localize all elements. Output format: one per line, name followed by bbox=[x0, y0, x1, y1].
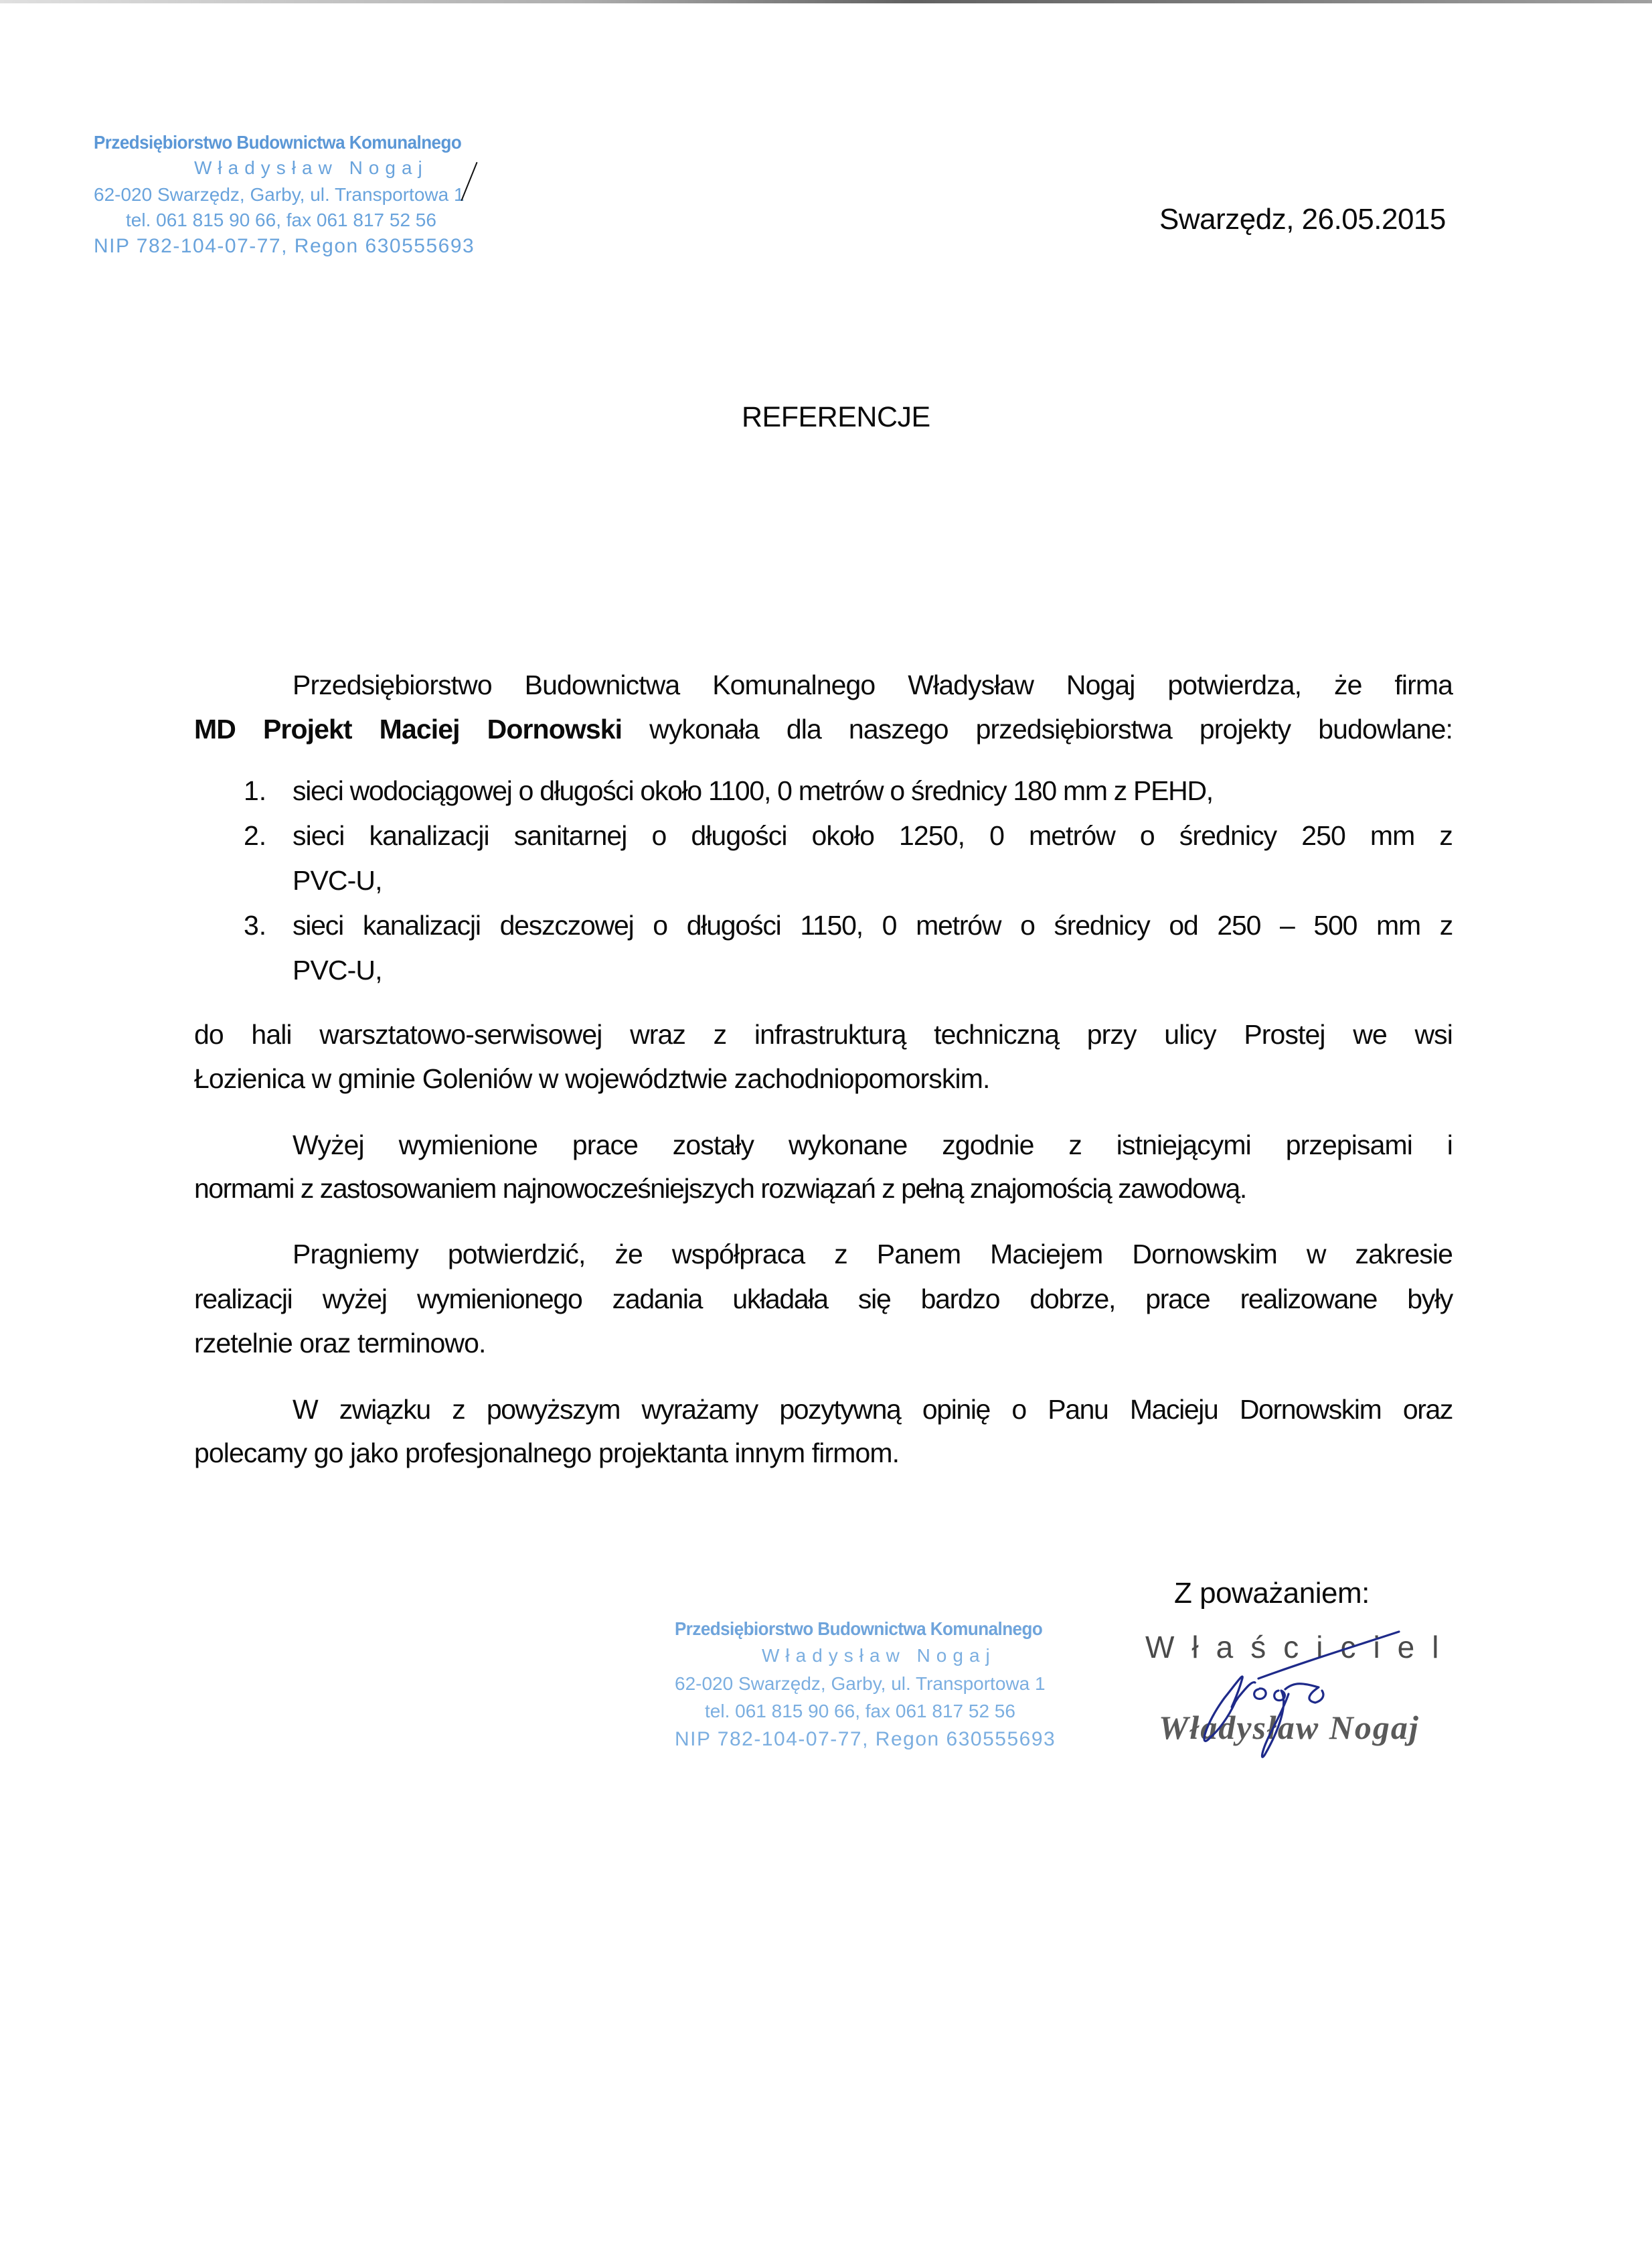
stamp-company-name: Przedsiębiorstwo Budownictwa Komunalnego bbox=[94, 133, 461, 152]
cooperation-line-3: rzetelnie oraz terminowo. bbox=[194, 1330, 486, 1357]
list-item-text-cont: PVC-U, bbox=[293, 867, 382, 895]
header-company-stamp: Przedsiębiorstwo Budownictwa Komunalnego… bbox=[94, 131, 497, 258]
compliance-line-2: normami z zastosowaniem najnowocześniejs… bbox=[194, 1175, 1246, 1202]
handwritten-signature bbox=[1178, 1617, 1446, 1778]
stamp-address: 62-020 Swarzędz, Garby, ul. Transportowa… bbox=[675, 1675, 1046, 1693]
stamp-phone-fax: tel. 061 815 90 66, fax 061 817 52 56 bbox=[705, 1702, 1015, 1721]
recommendation-line-1: W związku z powyższym wyrażamy pozytywną… bbox=[293, 1396, 1453, 1423]
footer-company-stamp: Przedsiębiorstwo Budownictwa Komunalnego… bbox=[675, 1617, 1078, 1751]
list-number: 2. bbox=[244, 822, 266, 850]
intro-line-2-rest: wykonała dla naszego przedsiębiorstwa pr… bbox=[622, 714, 1453, 745]
list-number: 3. bbox=[244, 912, 266, 939]
stamp-phone-fax: tel. 061 815 90 66, fax 061 817 52 56 bbox=[126, 211, 436, 230]
list-item-text: sieci kanalizacji sanitarnej o długości … bbox=[293, 822, 1453, 850]
closing-greeting: Z poważaniem: bbox=[1174, 1579, 1370, 1608]
list-item-text: sieci kanalizacji deszczowej o długości … bbox=[293, 912, 1453, 939]
recommendation-line-2: polecamy go jako profesjonalnego projekt… bbox=[194, 1440, 899, 1467]
compliance-line-1: Wyżej wymienione prace zostały wykonane … bbox=[293, 1132, 1453, 1159]
location-line-1: do hali warsztatowo-serwisowej wraz z in… bbox=[194, 1021, 1453, 1048]
letter-page: Przedsiębiorstwo Budownictwa Komunalnego… bbox=[0, 0, 1652, 2253]
cooperation-line-1: Pragniemy potwierdzić, że współpraca z P… bbox=[293, 1241, 1453, 1268]
stamp-address: 62-020 Swarzędz, Garby, ul. Transportowa… bbox=[94, 185, 465, 204]
contractor-name: MD Projekt Maciej Dornowski bbox=[194, 714, 622, 745]
scan-edge-line bbox=[0, 0, 1652, 3]
stamp-nip-regon: NIP 782-104-07-77, Regon 630555693 bbox=[94, 236, 475, 256]
place-and-date: Swarzędz, 26.05.2015 bbox=[1159, 205, 1446, 234]
document-title: REFERENCJE bbox=[742, 403, 905, 432]
list-item-text-cont: PVC-U, bbox=[293, 957, 382, 984]
stamp-owner-name: Władysław Nogaj bbox=[762, 1646, 996, 1665]
cooperation-line-2: realizacji wyżej wymienionego zadania uk… bbox=[194, 1286, 1453, 1313]
list-number: 1. bbox=[244, 777, 266, 805]
stamp-nip-regon: NIP 782-104-07-77, Regon 630555693 bbox=[675, 1729, 1056, 1750]
location-line-2: Łozienica w gminie Goleniów w województw… bbox=[194, 1065, 989, 1093]
stamp-company-name: Przedsiębiorstwo Budownictwa Komunalnego bbox=[675, 1620, 1042, 1638]
intro-line-1: Przedsiębiorstwo Budownictwa Komunalnego… bbox=[293, 672, 1453, 699]
list-item-text: sieci wodociągowej o długości około 1100… bbox=[293, 777, 1213, 805]
intro-line-2: MD Projekt Maciej Dornowski wykonała dla… bbox=[194, 716, 1453, 743]
stamp-owner-name: Władysław Nogaj bbox=[194, 159, 428, 177]
